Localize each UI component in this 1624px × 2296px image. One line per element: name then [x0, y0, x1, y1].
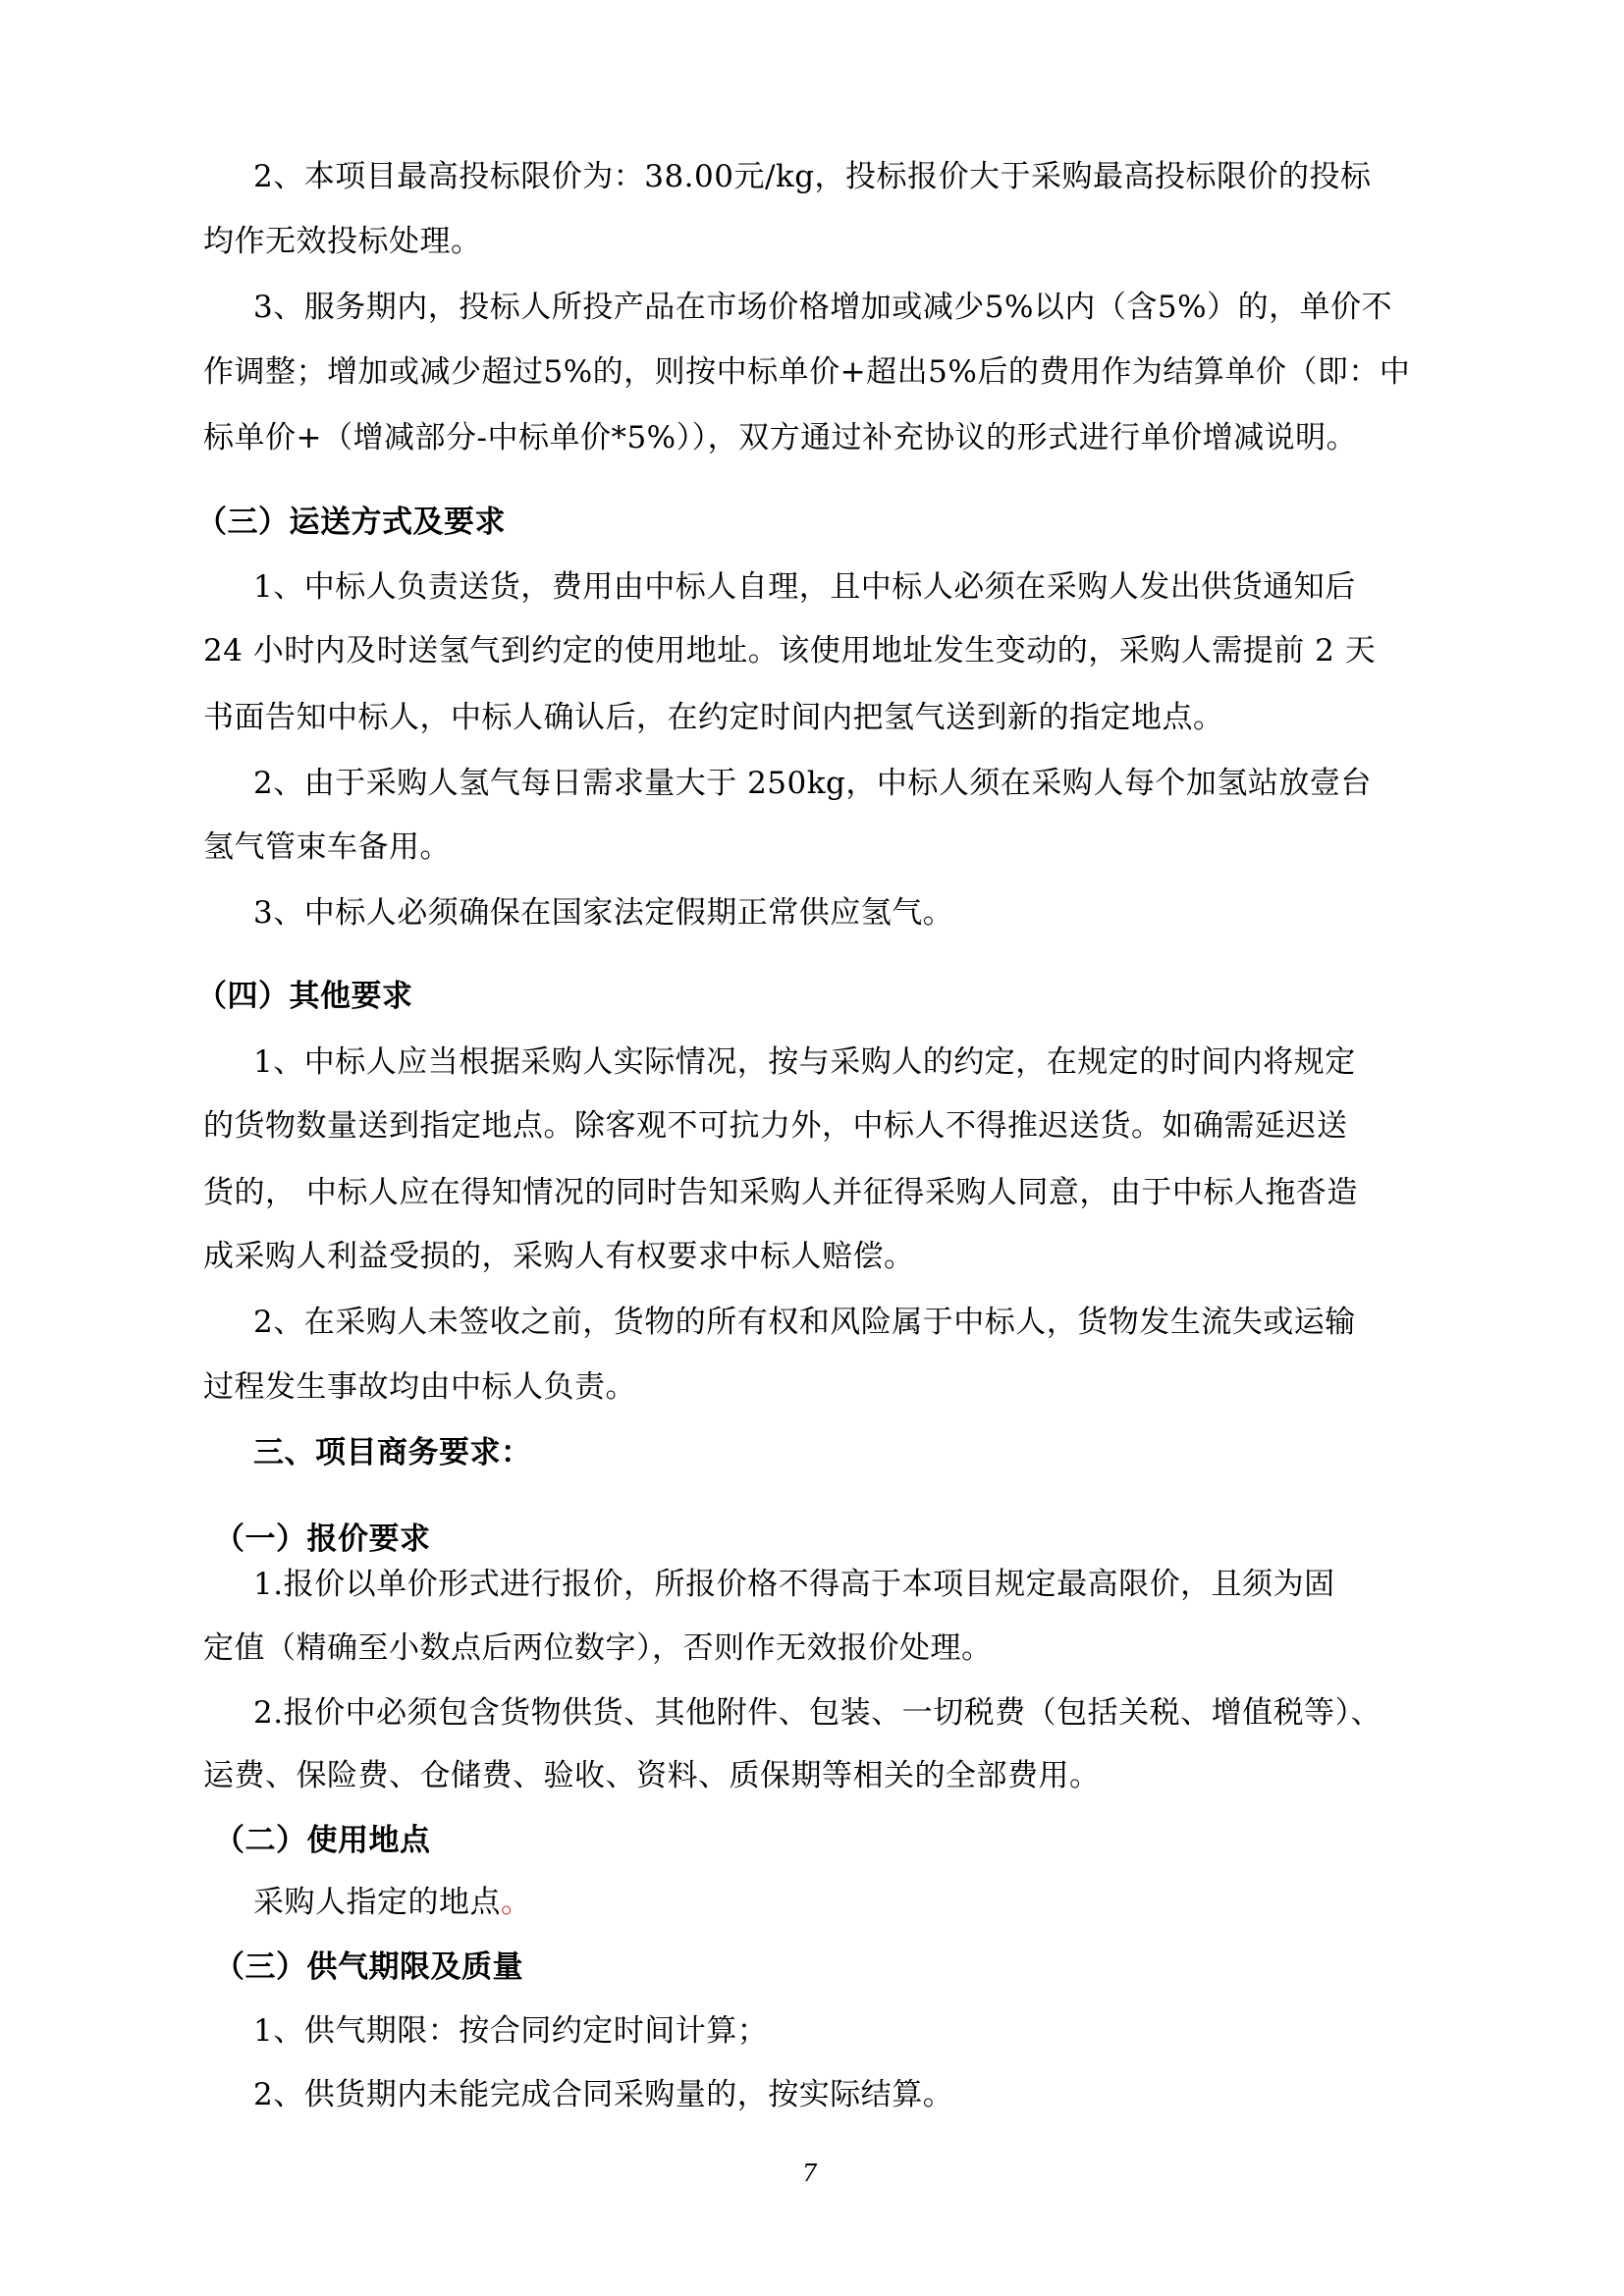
paragraph-line: 过程发生事故均由中标人负责。	[203, 1367, 636, 1407]
section-heading: 三、项目商务要求：	[253, 1433, 532, 1472]
paragraph-line: 均作无效投标处理。	[203, 222, 482, 261]
section-heading: （四）其他要求	[196, 977, 413, 1016]
paragraph-line: 2、本项目最高投标限价为：38.00元/kg，投标报价大于采购最高投标限价的投标	[253, 157, 1372, 196]
paragraph-line: 1.报价以单价形式进行报价，所报价格不得高于本项目规定最高限价，且须为固	[253, 1565, 1335, 1604]
paragraph-line: 的货物数量送到指定地点。除客观不可抗力外，中标人不得推迟送货。如确需延迟送	[203, 1106, 1348, 1146]
paragraph-line: 运费、保险费、仓储费、验收、资料、质保期等相关的全部费用。	[203, 1756, 1101, 1795]
red-period: 。	[501, 1885, 532, 1920]
section-heading: （三）运送方式及要求	[196, 503, 506, 542]
paragraph-line: 成采购人利益受损的，采购人有权要求中标人赔偿。	[203, 1237, 915, 1276]
paragraph-line: 2.报价中必须包含货物供货、其他附件、包装、一切税费（包括关税、增值税等）、	[253, 1693, 1381, 1733]
paragraph-line: 1、供气期限：按合同约定时间计算；	[253, 2011, 768, 2051]
paragraph-line: 24 小时内及时送氢气到约定的使用地址。该使用地址发生变动的，采购人需提前 2 …	[203, 631, 1376, 670]
paragraph-line: 2、供货期内未能完成合同采购量的，按实际结算。	[253, 2075, 953, 2114]
paragraph-line: 3、中标人必须确保在国家法定假期正常供应氢气。	[253, 893, 953, 933]
paragraph-line: 1、中标人应当根据采购人实际情况，按与采购人的约定，在规定的时间内将规定	[253, 1042, 1356, 1082]
subsection-heading: （三）供气期限及质量	[214, 1948, 523, 1987]
paragraph-line: 书面告知中标人，中标人确认后，在约定时间内把氢气送到新的指定地点。	[203, 698, 1224, 737]
paragraph-line: 作调整；增加或减少超过5%的，则按中标单价+超出5%后的费用作为结算单价（即：中	[203, 352, 1410, 392]
paragraph-line: 1、中标人负责送货，费用由中标人自理，且中标人必须在采购人发出供货通知后	[253, 567, 1356, 607]
paragraph-line: 2、由于采购人氢气每日需求量大于 250kg，中标人须在采购人每个加氢站放壹台	[253, 764, 1372, 803]
page-number: 7	[802, 2160, 817, 2187]
paragraph-line: 定值（精确至小数点后两位数字），否则作无效报价处理。	[203, 1629, 993, 1668]
subsection-heading: （一）报价要求	[214, 1520, 431, 1559]
paragraph-line: 氢气管束车备用。	[203, 828, 451, 867]
paragraph-line: 3、服务期内，投标人所投产品在市场价格增加或减少5%以内（含5%）的，单价不	[253, 288, 1392, 327]
paragraph-line: 货的， 中标人应在得知情况的同时告知采购人并征得采购人同意，由于中标人拖沓造	[203, 1173, 1358, 1212]
paragraph-line: 2、在采购人未签收之前，货物的所有权和风险属于中标人，货物发生流失或运输	[253, 1303, 1356, 1342]
subsection-heading: （二）使用地点	[214, 1821, 431, 1860]
paragraph-line: 标单价+（增减部分-中标单价*5%）），双方通过补充协议的形式进行单价增减说明。	[203, 418, 1357, 457]
paragraph-line: 采购人指定的地点。	[253, 1883, 532, 1922]
paragraph-text: 采购人指定的地点	[253, 1885, 501, 1920]
